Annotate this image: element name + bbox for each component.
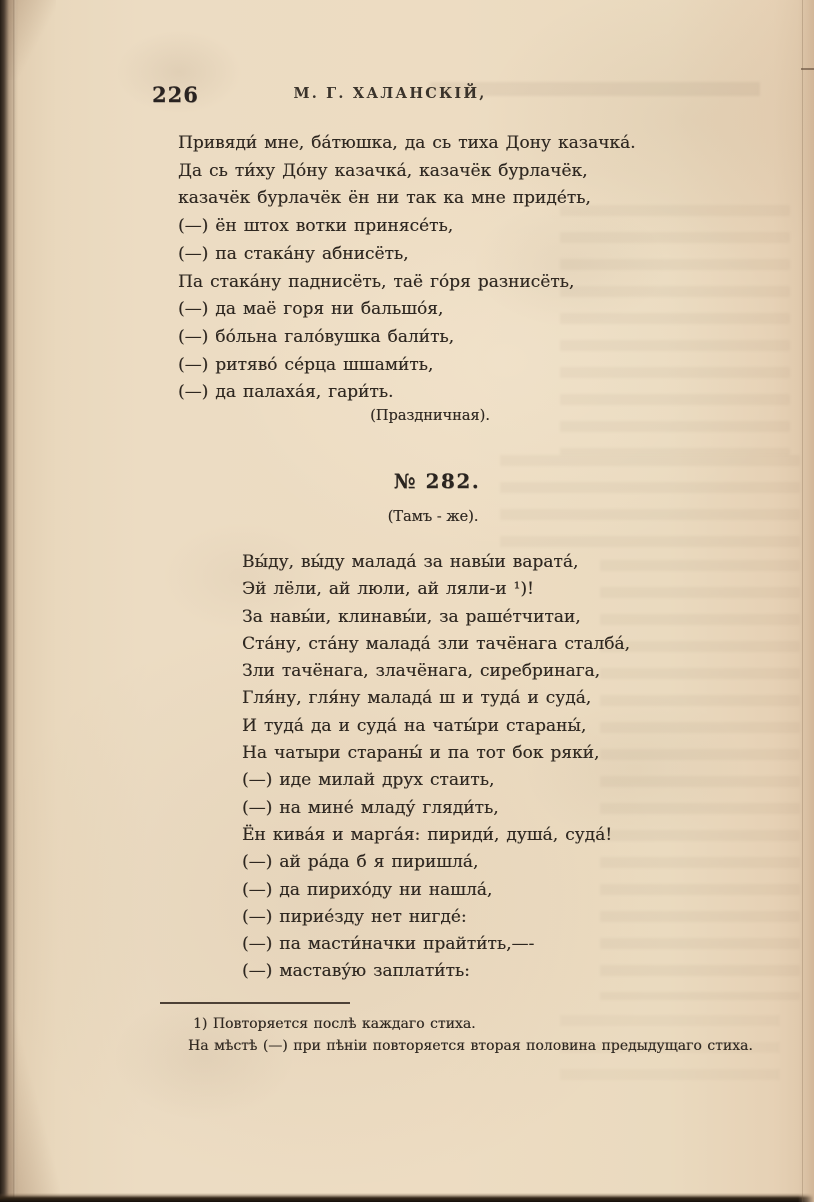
- verse-line: (—) на мине́ младу́ гляди́ть,: [242, 795, 630, 822]
- running-header: М. Г. ХАЛАНСКІЙ,: [0, 85, 780, 102]
- page-edge-right: [798, 0, 814, 1202]
- verse-line: Ста́ну, ста́ну малада́ зли тачёнага стал…: [242, 631, 630, 658]
- verse-line: И туда́ да и суда́ на чаты́ри стараны́,: [242, 713, 630, 740]
- song-source-note: (Тамъ - же).: [333, 509, 533, 525]
- verse-line: Па стака́ну паднисёть, таё го́ря разнисё…: [178, 269, 636, 297]
- verse-line: За навы́и, клинавы́и, за раше́тчитаи,: [242, 604, 630, 631]
- verse-line: Гля́ну, гля́ну малада́ ш и туда́ и суда́…: [242, 685, 630, 712]
- verse-line: казачёк бурлачёк ён ни так ка мне приде́…: [178, 185, 636, 213]
- show-through-text: [600, 560, 800, 1000]
- verse-line: (—) да пирихо́ду ни нашла́,: [242, 877, 630, 904]
- song-number-heading: № 282.: [337, 469, 537, 493]
- verse-line: (—) маставу́ю заплати́ть:: [242, 958, 630, 985]
- scanned-book-page: 226 М. Г. ХАЛАНСКІЙ, Привяди́ мне, ба́тю…: [0, 0, 814, 1202]
- footnote-line: На мѣстѣ (—) при пѣніи повторяется втора…: [188, 1038, 753, 1054]
- show-through-text: [560, 1015, 780, 1095]
- verse-line: (—) да палаха́я, гари́ть.: [178, 379, 636, 407]
- footnote-line: 1) Повторяется послѣ каждаго стиха.: [193, 1016, 476, 1032]
- song-first-stanza: Привяди́ мне, ба́тюшка, да сь тиха Дону …: [178, 130, 636, 407]
- verse-line: Эй лёли, ай люли, ай ляли-и ¹)!: [242, 576, 630, 603]
- verse-line: Привяди́ мне, ба́тюшка, да сь тиха Дону …: [178, 130, 636, 158]
- verse-line: (—) бо́льна гало́вушка бали́ть,: [178, 324, 636, 352]
- verse-line: Да сь ти́ху До́ну казачка́, казачёк бурл…: [178, 158, 636, 186]
- scan-edge-bottom: [0, 1193, 814, 1202]
- song-attribution: (Праздничная).: [280, 408, 580, 424]
- verse-line: (—) ай ра́да б я пиришла́,: [242, 849, 630, 876]
- verse-line: (—) да маё горя ни бальшо́я,: [178, 296, 636, 324]
- verse-line: (—) па масти́начки прайти́ть,—-: [242, 931, 630, 958]
- page-edge-mark: [801, 68, 814, 70]
- verse-line: (—) ён штох вотки принясе́ть,: [178, 213, 636, 241]
- verse-line: Ён кива́я и марга́я: пириди́, душа́, суд…: [242, 822, 630, 849]
- footnote-separator-rule: [160, 1002, 350, 1004]
- verse-line: На чатыри стараны́ и па тот бок ряки́,: [242, 740, 630, 767]
- show-through-text: [500, 455, 800, 550]
- verse-line: Вы́ду, вы́ду малада́ за навы́и варата́,: [242, 549, 630, 576]
- verse-line: (—) пирие́зду нет нигде́:: [242, 904, 630, 931]
- song-second-stanza: Вы́ду, вы́ду малада́ за навы́и варата́, …: [242, 549, 630, 986]
- scan-edge-left: [0, 0, 18, 1202]
- verse-line: Зли тачёнага, злачёнага, сиребринага,: [242, 658, 630, 685]
- verse-line: (—) па стака́ну абнисёть,: [178, 241, 636, 269]
- verse-line: (—) иде милай друх стаить,: [242, 767, 630, 794]
- verse-line: (—) ритяво́ се́рца шшами́ть,: [178, 352, 636, 380]
- page-edge-line: [802, 0, 803, 1202]
